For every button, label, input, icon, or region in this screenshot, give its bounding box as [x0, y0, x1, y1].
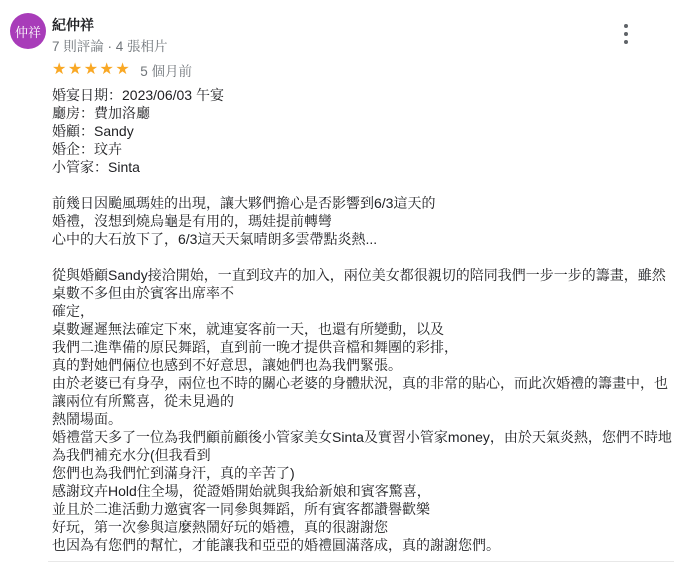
more-options-icon — [624, 32, 628, 36]
review-text: 婚宴日期：2023/06/03 午宴 廳房：費加洛廳 婚顧：Sandy 婚企：玟… — [52, 86, 672, 554]
rating-row: ★★★★★ 5 個月前 — [52, 60, 192, 80]
avatar[interactable]: 仲祥 — [10, 13, 46, 49]
more-options-icon — [624, 24, 628, 28]
more-options-button[interactable] — [614, 18, 638, 50]
review-time: 5 個月前 — [140, 60, 192, 80]
avatar-initials: 仲祥 — [15, 22, 41, 41]
star-rating-icons: ★★★★★ — [52, 61, 131, 79]
review-card: 仲祥 紀仲祥 7 則評論 · 4 張相片 ★★★★★ 5 個月前 婚宴日期：20… — [0, 0, 678, 565]
divider — [48, 561, 674, 562]
reviewer-name[interactable]: 紀仲祥 — [52, 15, 94, 35]
more-options-icon — [624, 40, 628, 44]
reviewer-stats: 7 則評論 · 4 張相片 — [52, 35, 168, 55]
